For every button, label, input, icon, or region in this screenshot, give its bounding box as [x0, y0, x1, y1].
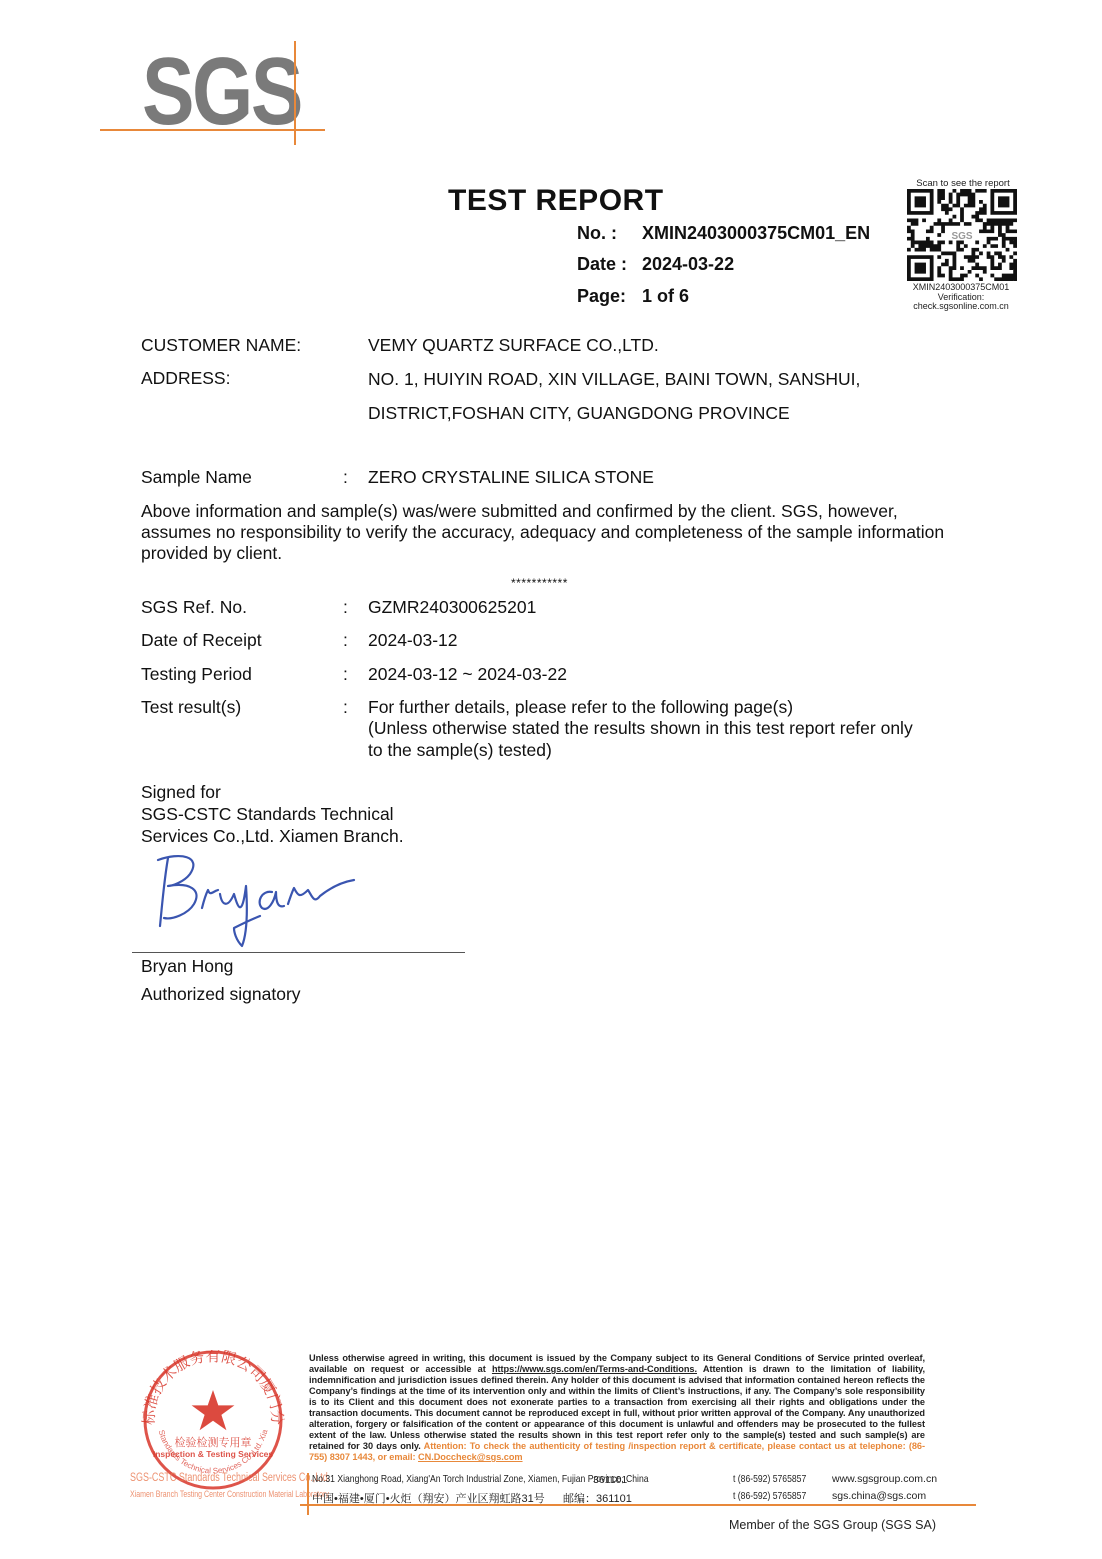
fine-print-body: Attention is drawn to the limitation of …: [309, 1364, 925, 1451]
page-label: Page:: [577, 286, 626, 307]
report-date-label: Date :: [577, 254, 627, 275]
logo-horizontal-line: [100, 129, 325, 131]
testing-period: 2024-03-12 ~ 2024-03-22: [368, 664, 567, 685]
signatory-title: Authorized signatory: [141, 984, 301, 1005]
postcode-english: 361101: [593, 1474, 627, 1486]
sample-name-colon: :: [343, 467, 348, 488]
signature-line: [132, 952, 465, 953]
sample-disclaimer: Above information and sample(s) was/were…: [141, 501, 951, 564]
legal-fine-print: Unless otherwise agreed in writing, this…: [309, 1353, 925, 1463]
stamp-side-line-2: Xiamen Branch Testing Center Constructio…: [130, 1489, 329, 1499]
email-link[interactable]: sgs.china@sgs.com: [832, 1490, 926, 1502]
signed-for: Signed for: [141, 782, 221, 803]
test-results-colon: :: [343, 697, 348, 718]
doccheck-email-link[interactable]: CN.Doccheck@sgs.com: [418, 1452, 523, 1462]
sample-name-label: Sample Name: [141, 467, 252, 488]
receipt-date-label: Date of Receipt: [141, 630, 262, 651]
sgs-ref-colon: :: [343, 597, 348, 618]
svg-text:SGS: SGS: [951, 231, 972, 242]
handwritten-signature: [150, 846, 365, 956]
test-results-label: Test result(s): [141, 697, 241, 718]
sample-name: ZERO CRYSTALINE SILICA STONE: [368, 467, 654, 488]
logo-vertical-line: [294, 41, 296, 145]
report-title: TEST REPORT: [448, 184, 664, 218]
signatory-name: Bryan Hong: [141, 956, 233, 977]
phone-1: t (86-592) 5765857: [733, 1473, 806, 1485]
customer-name-label: CUSTOMER NAME:: [141, 335, 301, 356]
testing-period-colon: :: [343, 664, 348, 685]
report-number-label: No. :: [577, 223, 617, 244]
sgs-logo: SGS: [142, 44, 301, 140]
page-number: 1 of 6: [642, 286, 689, 307]
verification-url[interactable]: check.sgsonline.com.cn: [900, 301, 1022, 311]
terms-link[interactable]: https://www.sgs.com/en/Terms-and-Conditi…: [492, 1364, 697, 1374]
address-label: ADDRESS:: [141, 368, 230, 389]
stamp-side-line-1: SGS-CSTC Standards Technical Services Co…: [130, 1472, 330, 1484]
member-note: Member of the SGS Group (SGS SA): [729, 1518, 936, 1532]
svg-text:检验检测专用章: 检验检测专用章: [175, 1435, 252, 1449]
phone-2: t (86-592) 5765857: [733, 1490, 806, 1502]
qr-code-id: XMIN2403000375CM01: [900, 282, 1022, 292]
address-line-1: NO. 1, HUIYIN ROAD, XIN VILLAGE, BAINI T…: [368, 369, 860, 390]
separator: ***********: [511, 576, 568, 590]
test-results-note-1: (Unless otherwise stated the results sho…: [368, 718, 913, 739]
svg-text:Inspection & Testing Services: Inspection & Testing Services: [153, 1449, 274, 1459]
footer-horizontal-line: [300, 1504, 976, 1506]
qr-code-icon: SGS: [907, 189, 1017, 281]
sgs-ref-label: SGS Ref. No.: [141, 597, 247, 618]
testing-period-label: Testing Period: [141, 664, 252, 685]
customer-name: VEMY QUARTZ SURFACE CO.,LTD.: [368, 335, 659, 356]
signing-org-line-2: Services Co.,Ltd. Xiamen Branch.: [141, 826, 404, 847]
address-line-2: DISTRICT,FOSHAN CITY, GUANGDONG PROVINCE: [368, 403, 790, 424]
sgs-ref-number: GZMR240300625201: [368, 597, 536, 618]
footer-vertical-line: [307, 1473, 309, 1515]
website-link[interactable]: www.sgsgroup.com.cn: [832, 1473, 937, 1485]
receipt-date-colon: :: [343, 630, 348, 651]
report-number: XMIN2403000375CM01_EN: [642, 223, 870, 244]
qr-caption: Scan to see the report: [904, 178, 1022, 189]
signing-org-line-1: SGS-CSTC Standards Technical: [141, 804, 394, 825]
qr-code[interactable]: SGS: [907, 189, 1017, 281]
test-results-note-2: to the sample(s) tested): [368, 740, 552, 761]
test-results: For further details, please refer to the…: [368, 697, 793, 718]
receipt-date: 2024-03-12: [368, 630, 458, 651]
report-date: 2024-03-22: [642, 254, 734, 275]
